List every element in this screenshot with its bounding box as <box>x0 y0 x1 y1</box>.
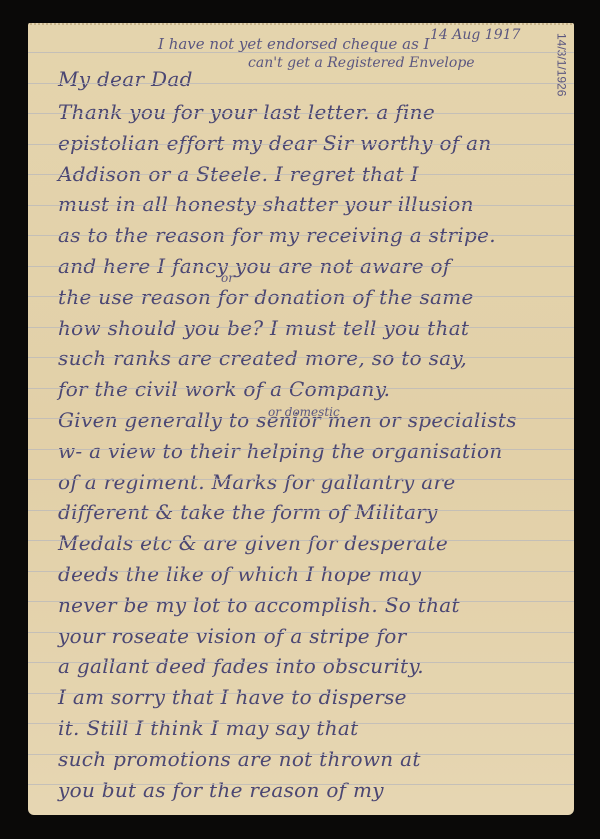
ruled-line <box>28 693 574 694</box>
ruled-line <box>28 83 574 84</box>
letter-line: I am sorry that I have to disperse <box>58 685 546 709</box>
insert-or-domestic: or domestic <box>268 405 340 419</box>
ruled-line <box>28 144 574 145</box>
ruled-line <box>28 449 574 450</box>
salutation: My dear Dad <box>58 67 546 91</box>
ruled-line <box>28 571 574 572</box>
ruled-line <box>28 540 574 541</box>
ruled-line <box>28 815 574 816</box>
ruled-line <box>28 327 574 328</box>
letter-line: such ranks are created more, so to say, <box>58 346 546 370</box>
letter-line: a gallant deed fades into obscurity. <box>58 654 546 678</box>
ruled-line <box>28 418 574 419</box>
ruled-line <box>28 235 574 236</box>
letter-line: w- a view to their helping the organisat… <box>58 439 546 463</box>
letter-line: for the civil work of a Company. <box>58 377 546 401</box>
ruled-line <box>28 113 574 114</box>
ruled-line <box>28 754 574 755</box>
ruled-line <box>28 296 574 297</box>
ruled-line <box>28 723 574 724</box>
letter-line: Medals etc & are given for desperate <box>58 531 546 555</box>
letter-date: 14 Aug 1917 <box>430 27 520 43</box>
letter-line: how should you be? I must tell you that <box>58 316 546 340</box>
ruled-line <box>28 205 574 206</box>
ruled-line <box>28 266 574 267</box>
letter-line: never be my lot to accomplish. So that <box>58 593 546 617</box>
ruled-line <box>28 388 574 389</box>
ruled-line <box>28 601 574 602</box>
ruled-line <box>28 52 574 53</box>
letter-line: of a regiment. Marks for gallantry are <box>58 470 546 494</box>
letter-line: Thank you for your last letter. a fine <box>58 100 546 124</box>
letter-line: such promotions are not thrown at <box>58 747 546 771</box>
insert-or: or <box>221 271 234 285</box>
ruled-line <box>28 174 574 175</box>
ruled-line <box>28 479 574 480</box>
ruled-line <box>28 357 574 358</box>
letter-page: 14/3/1/1926 14 Aug 1917 I have not yet e… <box>28 23 574 815</box>
letter-line: your roseate vision of a stripe for <box>58 624 546 648</box>
ruled-line <box>28 784 574 785</box>
archive-reference: 14/3/1/1926 <box>554 33 568 96</box>
ruled-line <box>28 632 574 633</box>
ruled-line <box>28 510 574 511</box>
letter-line: different & take the form of Military <box>58 500 546 524</box>
letter-line: deeds the like of which I hope may <box>58 562 546 586</box>
letter-line: it. Still I think I may say that <box>58 716 546 740</box>
letter-line: you but as for the reason of my <box>58 778 546 802</box>
postscript-line-1: I have not yet endorsed cheque as I <box>158 35 430 53</box>
ruled-line <box>28 662 574 663</box>
